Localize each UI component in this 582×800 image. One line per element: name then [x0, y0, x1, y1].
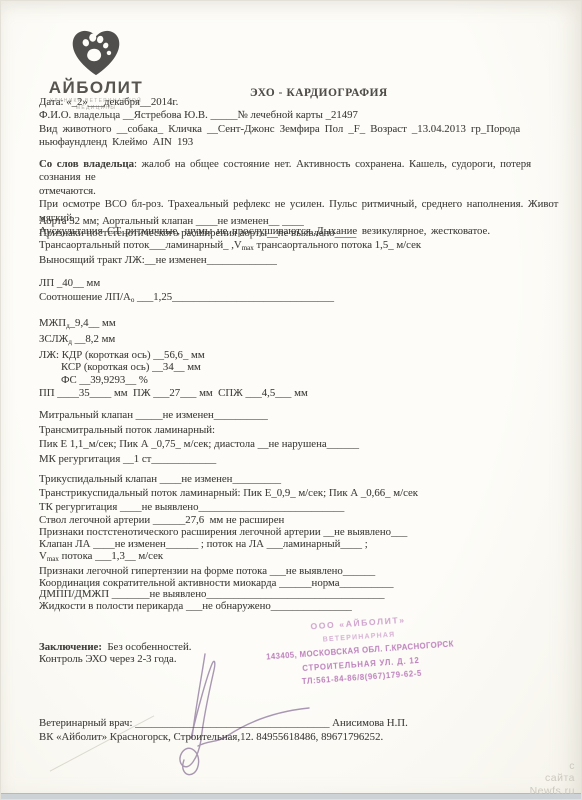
vet-signature-line: Ветеринарный врач: _____________________… — [39, 717, 560, 731]
doc-line: МЖПд_9,4__ мм — [39, 317, 560, 333]
doc-line: Аорта 32 мм; Аортальный клапан ____не из… — [39, 215, 560, 227]
doc-line: Жидкости в полости перикарда ___не обнар… — [39, 601, 560, 613]
clinic-contact-line: ВК «Айболит» Красногорск, Строительная,1… — [39, 731, 560, 745]
section-ventricles: МЖПд_9,4__ ммЗСЛЖд __8,2 ммЛЖ: КДР (коро… — [39, 317, 560, 400]
vet-signature — [151, 646, 341, 778]
doc-line: Дата: «_2»___декабря__2014г. — [39, 96, 560, 109]
doc-line: Пик Е 1,1_м/сек; Пик А _0,75_ м/сек; диа… — [39, 437, 560, 452]
doc-line: ЛП _40__ мм — [39, 277, 560, 291]
doc-line: ТК регургитация ____не выявлено_________… — [39, 500, 560, 514]
section-aorta: Аорта 32 мм; Аортальный клапан ____не из… — [39, 215, 560, 266]
scanned-echo-cardiography-report: АЙБОЛИТ КЛИНИКА ВЕТЕРИНАРНОЙ МЕДИЦИНЫ ЭХ… — [0, 0, 582, 800]
doc-line: Ф.И.О. владельца __Ястребова Ю.В. _____№… — [39, 109, 560, 122]
watermark-line-3: Newfs.ru — [530, 785, 575, 798]
section-mitral: Митральный клапан _____не изменен_______… — [39, 408, 560, 466]
doc-line: Клапан ЛА ____не изменен______ ; поток н… — [39, 539, 560, 551]
doc-line: ПП ____35____ мм ПЖ ___27___ мм СПЖ ___4… — [39, 387, 560, 400]
doc-line: Соотношение ЛП/Ао ___1,25_______________… — [39, 291, 560, 308]
doc-line: ФС __39,9293__ % — [39, 374, 560, 387]
doc-line: Вид животного __собака_ Кличка __Сент-Дж… — [39, 123, 560, 150]
doc-line: Транстрикуспидальный поток ламинарный: П… — [39, 486, 560, 500]
doc-line: МК регургитация __1 ст____________ — [39, 452, 560, 467]
watermark-line-1: с — [530, 760, 575, 773]
doc-line: Признаки постстенотического расширения а… — [39, 227, 560, 239]
footer: Ветеринарный врач: _____________________… — [39, 717, 560, 744]
doc-line: КСР (короткая ось) __34__ мм — [39, 361, 560, 374]
watermark-line-2: сайта — [530, 772, 575, 785]
doc-line: Трикуспидальный клапан ____не изменен___… — [39, 472, 560, 486]
clinic-name: АЙБОЛИТ — [41, 78, 151, 98]
doc-line: Митральный клапан _____не изменен_______… — [39, 408, 560, 423]
section-pulmonary: Ствол легочной артерии ______27,6 мм не … — [39, 515, 560, 613]
doc-line: Выносящий тракт ЛЖ:__не изменен_________… — [39, 254, 560, 266]
heart-paw-icon — [68, 27, 124, 77]
site-watermark: с сайта Newfs.ru — [530, 760, 575, 798]
section-left-atrium: ЛП _40__ ммСоотношение ЛП/Ао ___1,25____… — [39, 277, 560, 307]
doc-line: ЗСЛЖд __8,2 мм — [39, 333, 560, 349]
photo-bottom-strip — [1, 794, 581, 799]
section-patient-info: Дата: «_2»___декабря__2014г.Ф.И.О. владе… — [39, 96, 560, 150]
doc-line: Признаки легочной гипертензии на форме п… — [39, 566, 560, 578]
doc-line: Трансаортальный поток___ламинарный_ ,Vma… — [39, 239, 560, 254]
doc-line: Трансмитральный поток ламинарный: — [39, 423, 560, 438]
doc-line: Vmax потока ___1,3__ м/сек — [39, 551, 560, 566]
doc-line: Со слов владельца: жалоб на общее состоя… — [39, 158, 560, 198]
section-tricuspid: Трикуспидальный клапан ____не изменен___… — [39, 472, 560, 514]
doc-line: ЛЖ: КДР (короткая ось) __56,6_ мм — [39, 349, 560, 362]
